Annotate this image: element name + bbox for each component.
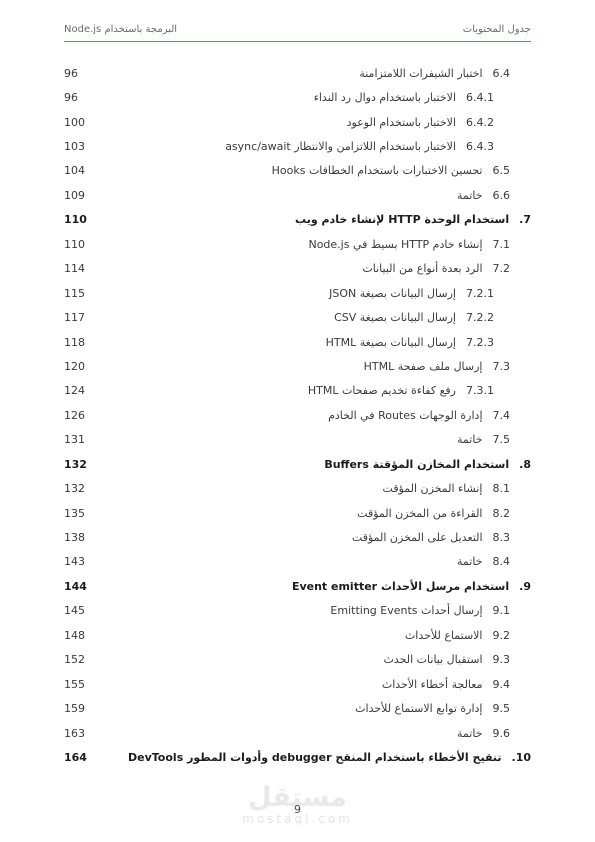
toc-row[interactable]: 6.4.3الاختبار باستخدام اللاتزامن والانتظ… bbox=[64, 134, 531, 158]
toc-entry-title: القراءة من المخزن المؤقت bbox=[357, 507, 482, 520]
toc-entry-page: 132 bbox=[64, 482, 85, 495]
toc-entry-title: إرسال البيانات بصيغة CSV bbox=[334, 311, 456, 324]
toc-row[interactable]: 6.4.2الاختبار باستخدام الوعود100 bbox=[64, 110, 531, 134]
toc-entry-number: 6.4.3 bbox=[466, 140, 494, 153]
toc-row[interactable]: 10.تنقيح الأخطاء باستخدام المنقح debugge… bbox=[64, 745, 531, 769]
toc-entry-page: 104 bbox=[64, 164, 85, 177]
toc-row[interactable]: 7.5خاتمة131 bbox=[64, 428, 531, 452]
toc-entry-page: 96 bbox=[64, 67, 78, 80]
toc-entry-title: رفع كفاءة تخديم صفحات HTML bbox=[308, 384, 456, 397]
toc-row[interactable]: 8.استخدام المخازن المؤقتة Buffers132 bbox=[64, 452, 531, 476]
toc-entry-page: 103 bbox=[64, 140, 85, 153]
header-rule bbox=[64, 41, 531, 42]
header-section-title: جدول المحتويات bbox=[463, 24, 531, 35]
toc-entry-title: إرسال أحداث Emitting Events bbox=[330, 604, 482, 617]
toc-entry-page: 145 bbox=[64, 604, 85, 617]
toc-entry-title: الاختبار باستخدام اللاتزامن والانتظار as… bbox=[225, 140, 456, 153]
toc-entry-title: إدارة توابع الاستماع للأحداث bbox=[355, 702, 482, 715]
toc-row[interactable]: 9.4معالجة أخطاء الأحداث155 bbox=[64, 672, 531, 696]
toc-entry-page: 110 bbox=[64, 213, 87, 226]
toc-entry-number: 7.1 bbox=[493, 238, 511, 251]
toc-entry-title: استخدام مرسل الأحداث Event emitter bbox=[292, 580, 509, 593]
page-number: 9 bbox=[0, 803, 595, 816]
toc-entry-page: 152 bbox=[64, 653, 85, 666]
toc-entry-number: 9.5 bbox=[493, 702, 511, 715]
toc-row[interactable]: 7.2.2إرسال البيانات بصيغة CSV117 bbox=[64, 305, 531, 329]
toc-entry-page: 120 bbox=[64, 360, 85, 373]
toc-row[interactable]: 7.2.1إرسال البيانات بصيغة JSON115 bbox=[64, 281, 531, 305]
toc-entry-number: 6.4.2 bbox=[466, 116, 494, 129]
toc-row[interactable]: 7.3إرسال ملف صفحة HTML120 bbox=[64, 354, 531, 378]
toc-entry-page: 144 bbox=[64, 580, 87, 593]
toc-entry-title: استخدام الوحدة HTTP لإنشاء خادم ويب bbox=[295, 213, 509, 226]
toc-entry-number: 8.4 bbox=[493, 555, 511, 568]
toc-entry-page: 117 bbox=[64, 311, 85, 324]
toc-row[interactable]: 9.3استقبال بيانات الحدث152 bbox=[64, 648, 531, 672]
toc-entry-number: 7.3.1 bbox=[466, 384, 494, 397]
toc-entry-page: 115 bbox=[64, 287, 85, 300]
toc-entry-page: 164 bbox=[64, 751, 87, 764]
toc-row[interactable]: 6.5تحسين الاختبارات باستخدام الخطافات Ho… bbox=[64, 159, 531, 183]
toc-entry-title: إرسال البيانات بصيغة JSON bbox=[329, 287, 456, 300]
toc-row[interactable]: 8.1إنشاء المخزن المؤقت132 bbox=[64, 476, 531, 500]
toc-entry-number: 8. bbox=[519, 458, 531, 471]
toc-entry-number: 6.4 bbox=[493, 67, 511, 80]
toc-entry-number: 9.1 bbox=[493, 604, 511, 617]
toc-entry-page: 135 bbox=[64, 507, 85, 520]
toc-entry-page: 132 bbox=[64, 458, 87, 471]
toc-entry-title: خاتمة bbox=[457, 189, 482, 202]
toc-entry-page: 138 bbox=[64, 531, 85, 544]
toc-entry-number: 9.3 bbox=[493, 653, 511, 666]
toc-entry-page: 118 bbox=[64, 336, 85, 349]
toc-entry-number: 6.6 bbox=[493, 189, 511, 202]
toc-entry-page: 126 bbox=[64, 409, 85, 422]
toc-row[interactable]: 9.استخدام مرسل الأحداث Event emitter144 bbox=[64, 574, 531, 598]
toc-entry-title: إرسال ملف صفحة HTML bbox=[364, 360, 483, 373]
toc-row[interactable]: 7.استخدام الوحدة HTTP لإنشاء خادم ويب110 bbox=[64, 208, 531, 232]
toc-entry-title: الرد بعدة أنواع من البيانات bbox=[362, 262, 482, 275]
toc-entry-number: 9.6 bbox=[493, 727, 511, 740]
toc-entry-number: 7.5 bbox=[493, 433, 511, 446]
toc-page: { "header": { "right_title": "جدول المحت… bbox=[0, 0, 595, 842]
toc-row[interactable]: 7.4إدارة الوجهات Routes في الخادم126 bbox=[64, 403, 531, 427]
toc-entry-title: خاتمة bbox=[457, 555, 482, 568]
toc-entry-title: إنشاء خادم HTTP بسيط في Node.js bbox=[308, 238, 482, 251]
toc-entry-number: 6.5 bbox=[493, 164, 511, 177]
toc-row[interactable]: 7.2.3إرسال البيانات بصيغة HTML118 bbox=[64, 330, 531, 354]
toc-entry-page: 155 bbox=[64, 678, 85, 691]
toc-row[interactable]: 7.3.1رفع كفاءة تخديم صفحات HTML124 bbox=[64, 379, 531, 403]
header-book-title: البرمجة باستخدام Node.js bbox=[64, 24, 177, 35]
toc-entry-number: 7.2 bbox=[493, 262, 511, 275]
toc-row[interactable]: 9.6خاتمة163 bbox=[64, 721, 531, 745]
toc-entry-title: استخدام المخازن المؤقتة Buffers bbox=[324, 458, 509, 471]
toc-entry-title: اختبار الشيفرات اللامتزامنة bbox=[359, 67, 482, 80]
toc-entry-number: 8.2 bbox=[493, 507, 511, 520]
toc-entry-title: الاستماع للأحداث bbox=[405, 629, 483, 642]
toc-entry-page: 96 bbox=[64, 91, 78, 104]
toc-row[interactable]: 9.2الاستماع للأحداث148 bbox=[64, 623, 531, 647]
toc-entry-title: خاتمة bbox=[457, 433, 482, 446]
toc-entry-number: 8.1 bbox=[493, 482, 511, 495]
toc-entry-number: 7. bbox=[519, 213, 531, 226]
toc-list: 6.4اختبار الشيفرات اللامتزامنة966.4.1الا… bbox=[64, 61, 531, 770]
toc-entry-number: 7.4 bbox=[493, 409, 511, 422]
toc-entry-title: الاختبار باستخدام الوعود bbox=[347, 116, 456, 129]
toc-entry-number: 7.2.2 bbox=[466, 311, 494, 324]
toc-row[interactable]: 6.4اختبار الشيفرات اللامتزامنة96 bbox=[64, 61, 531, 85]
toc-entry-title: خاتمة bbox=[457, 727, 482, 740]
toc-entry-page: 131 bbox=[64, 433, 85, 446]
toc-entry-page: 114 bbox=[64, 262, 85, 275]
toc-entry-number: 8.3 bbox=[493, 531, 511, 544]
toc-entry-title: معالجة أخطاء الأحداث bbox=[382, 678, 483, 691]
toc-entry-title: إنشاء المخزن المؤقت bbox=[383, 482, 483, 495]
toc-row[interactable]: 8.4خاتمة143 bbox=[64, 550, 531, 574]
toc-entry-page: 163 bbox=[64, 727, 85, 740]
toc-entry-title: تحسين الاختبارات باستخدام الخطافات Hooks bbox=[272, 164, 483, 177]
toc-entry-page: 100 bbox=[64, 116, 85, 129]
toc-entry-page: 109 bbox=[64, 189, 85, 202]
toc-row[interactable]: 8.3التعديل على المخزن المؤقت138 bbox=[64, 525, 531, 549]
toc-entry-number: 7.2.3 bbox=[466, 336, 494, 349]
toc-row[interactable]: 8.2القراءة من المخزن المؤقت135 bbox=[64, 501, 531, 525]
toc-entry-number: 7.2.1 bbox=[466, 287, 494, 300]
toc-row[interactable]: 6.4.1الاختبار باستخدام دوال رد النداء96 bbox=[64, 85, 531, 109]
toc-entry-number: 7.3 bbox=[493, 360, 511, 373]
toc-row[interactable]: 6.6خاتمة109 bbox=[64, 183, 531, 207]
toc-row[interactable]: 9.1إرسال أحداث Emitting Events145 bbox=[64, 599, 531, 623]
toc-entry-page: 124 bbox=[64, 384, 85, 397]
toc-entry-title: إرسال البيانات بصيغة HTML bbox=[326, 336, 456, 349]
toc-entry-page: 159 bbox=[64, 702, 85, 715]
toc-entry-page: 110 bbox=[64, 238, 85, 251]
toc-entry-title: تنقيح الأخطاء باستخدام المنقح debugger و… bbox=[128, 751, 502, 764]
toc-entry-title: الاختبار باستخدام دوال رد النداء bbox=[314, 91, 456, 104]
toc-row[interactable]: 7.2الرد بعدة أنواع من البيانات114 bbox=[64, 257, 531, 281]
toc-entry-number: 9.4 bbox=[493, 678, 511, 691]
toc-entry-title: إدارة الوجهات Routes في الخادم bbox=[328, 409, 482, 422]
toc-entry-page: 143 bbox=[64, 555, 85, 568]
toc-entry-title: استقبال بيانات الحدث bbox=[384, 653, 483, 666]
toc-entry-title: التعديل على المخزن المؤقت bbox=[352, 531, 483, 544]
toc-entry-number: 6.4.1 bbox=[466, 91, 494, 104]
toc-entry-number: 9.2 bbox=[493, 629, 511, 642]
toc-row[interactable]: 9.5إدارة توابع الاستماع للأحداث159 bbox=[64, 696, 531, 720]
toc-entry-number: 9. bbox=[519, 580, 531, 593]
toc-entry-page: 148 bbox=[64, 629, 85, 642]
toc-entry-number: 10. bbox=[512, 751, 532, 764]
toc-row[interactable]: 7.1إنشاء خادم HTTP بسيط في Node.js110 bbox=[64, 232, 531, 256]
